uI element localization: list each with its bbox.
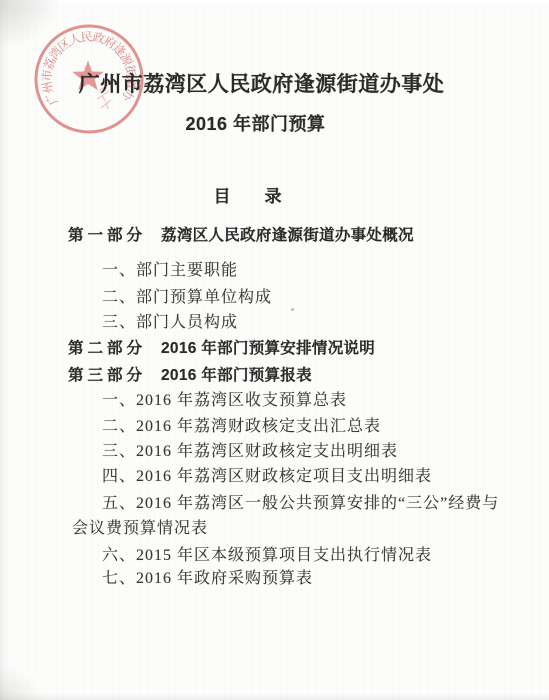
document-title-line1: 广州市荔湾区人民政府逢源街道办事处 (0, 68, 536, 98)
document-title-line2: 2016 年部门预算 (0, 110, 530, 136)
toc-section-2: 第二部分2016 年部门预算安排情况说明 (68, 340, 375, 358)
toc-item: 六、2015 年区本级预算项目支出执行情况表 (102, 547, 432, 565)
toc-item-continuation: 会议费预算情况表 (72, 520, 208, 538)
toc-item: 五、2016 年荔湾区一般公共预算安排的“三公”经费与 (102, 495, 499, 513)
toc-item: 四、2016 年荔湾区财政核定项目支出明细表 (102, 468, 432, 486)
toc-item: 三、部门人员构成 (102, 314, 238, 332)
toc-section-title: 荔湾区人民政府逢源街道办事处概况 (161, 227, 414, 244)
document-page: 广州市荔湾区人民政府逢源街道办事处 广州市荔湾区人民政府逢源街道办事处 2016… (0, 0, 549, 700)
toc-section-title: 2016 年部门预算报表 (161, 367, 312, 384)
toc-item: 二、2016 年荔湾财政核定支出汇总表 (102, 418, 381, 436)
toc-item: 二、部门预算单位构成 (102, 289, 272, 307)
toc-section-1: 第一部分荔湾区人民政府逢源街道办事处概况 (68, 227, 414, 245)
toc-item: 七、2016 年政府采购预算表 (102, 570, 313, 588)
toc-heading: 目 录 (0, 182, 522, 207)
scan-speck (291, 308, 294, 311)
toc-section-3: 第三部分2016 年部门预算报表 (68, 367, 312, 385)
toc-section-label: 第二部分 (68, 340, 146, 357)
toc-item: 一、部门主要职能 (102, 262, 238, 280)
toc-section-label: 第三部分 (68, 367, 146, 384)
toc-section-title: 2016 年部门预算安排情况说明 (161, 340, 375, 357)
toc-item: 三、2016 年荔湾区财政核定支出明细表 (102, 443, 398, 461)
toc-item: 一、2016 年荔湾区收支预算总表 (102, 392, 347, 410)
toc-section-label: 第一部分 (68, 227, 146, 244)
